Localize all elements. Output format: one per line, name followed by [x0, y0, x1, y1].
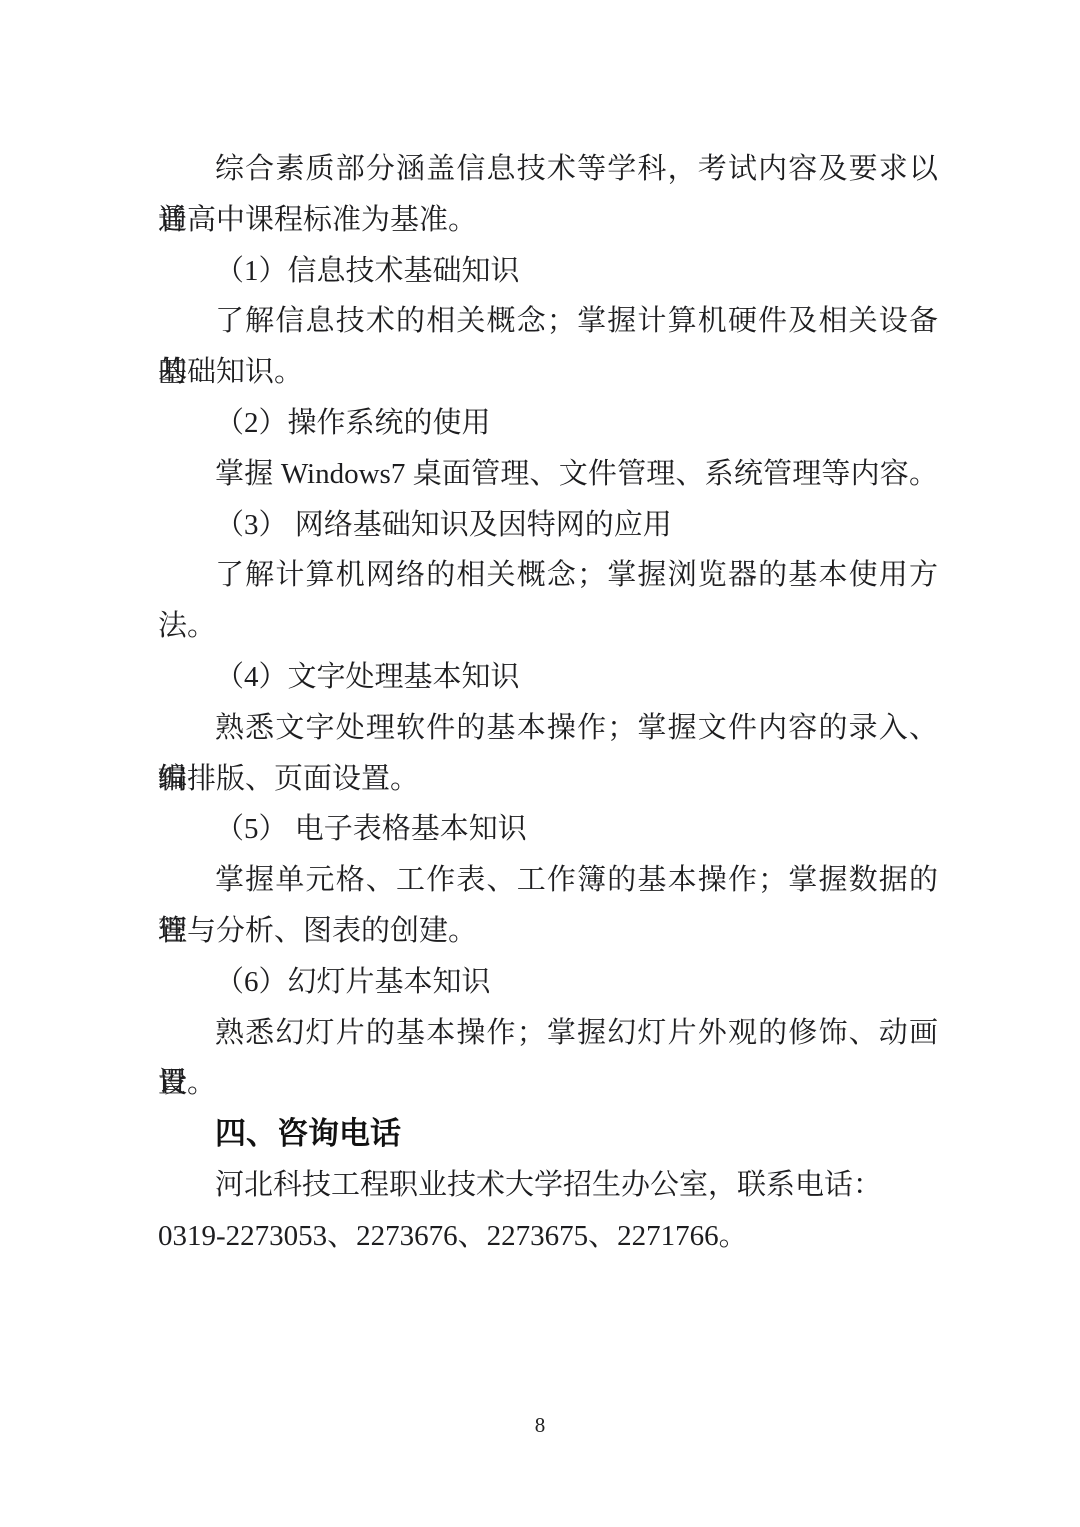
text-line: （2）操作系统的使用: [158, 398, 938, 449]
text-line: （3） 网络基础知识及因特网的应用: [158, 500, 938, 551]
text-line: 了解信息技术的相关概念；掌握计算机硬件及相关设备的: [158, 296, 938, 347]
text-line: 法。: [158, 601, 938, 652]
text-line: （4）文字处理基本知识: [158, 652, 938, 703]
text-line: 置。: [158, 1058, 938, 1109]
document-page: 综合素质部分涵盖信息技术等学科，考试内容及要求以普通高中课程标准为基准。（1）信…: [0, 0, 1080, 1527]
text-line: 0319-2273053、2273676、2273675、2271766。: [158, 1211, 938, 1262]
text-line: 了解计算机网络的相关概念；掌握浏览器的基本使用方: [158, 550, 938, 601]
text-line: 熟悉幻灯片的基本操作；掌握幻灯片外观的修饰、动画设: [158, 1008, 938, 1059]
text-line: 理与分析、图表的创建。: [158, 906, 938, 957]
text-line: 掌握 Windows7 桌面管理、文件管理、系统管理等内容。: [158, 449, 938, 500]
text-line: 掌握单元格、工作表、工作簿的基本操作；掌握数据的管: [158, 855, 938, 906]
text-line: （6）幻灯片基本知识: [158, 957, 938, 1008]
document-body: 综合素质部分涵盖信息技术等学科，考试内容及要求以普通高中课程标准为基准。（1）信…: [158, 144, 938, 1262]
text-line: 辑排版、页面设置。: [158, 754, 938, 805]
text-line: 综合素质部分涵盖信息技术等学科，考试内容及要求以普: [158, 144, 938, 195]
text-line: 通高中课程标准为基准。: [158, 195, 938, 246]
text-line: （1）信息技术基础知识: [158, 246, 938, 297]
text-line: 基础知识。: [158, 347, 938, 398]
text-line: （5） 电子表格基本知识: [158, 804, 938, 855]
section-heading: 四、咨询电话: [158, 1109, 938, 1160]
page-number: 8: [0, 1410, 1080, 1440]
text-line: 熟悉文字处理软件的基本操作；掌握文件内容的录入、编: [158, 703, 938, 754]
text-line: 河北科技工程职业技术大学招生办公室，联系电话：: [158, 1160, 938, 1211]
